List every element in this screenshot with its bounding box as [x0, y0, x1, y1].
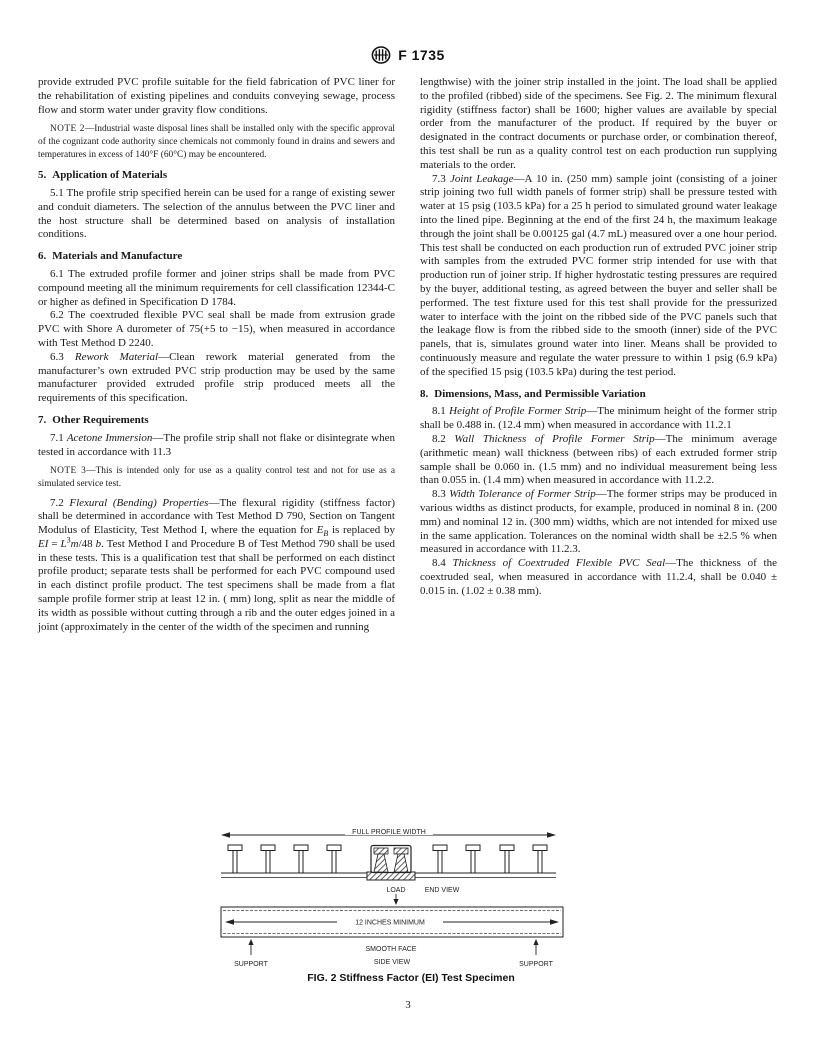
left-column: provide extruded PVC profile suitable fo… — [38, 76, 395, 634]
profile-ribs-right — [433, 845, 547, 873]
support-left-label: SUPPORT — [234, 961, 268, 968]
support-arrow-left — [248, 939, 253, 955]
smooth-face-label: SMOOTH FACE — [366, 946, 417, 953]
end-view-profile — [221, 845, 556, 880]
end-view-label: END VIEW — [425, 887, 460, 894]
paragraph-8-2: 8.2 Wall Thickness of Profile Former Str… — [420, 433, 777, 488]
paragraph-continuation: lengthwise) with the joiner strip instal… — [420, 76, 777, 173]
section-heading-8: 8.Dimensions, Mass, and Permissible Vari… — [420, 388, 777, 402]
paragraph-7-1: 7.1 Acetone Immersion—The profile strip … — [38, 432, 395, 460]
section-heading-6: 6.Materials and Manufacture — [38, 250, 395, 264]
paragraph-continuation: provide extruded PVC profile suitable fo… — [38, 76, 395, 117]
paragraph-7-2: 7.2 Flexural (Bending) Properties—The fl… — [38, 497, 395, 635]
profile-ribs-left — [228, 845, 341, 873]
twelve-inches-label: 12 INCHES MINIMUM — [355, 920, 425, 927]
paragraph-6-3: 6.3 Rework Material—Clean rework materia… — [38, 351, 395, 406]
full-profile-width-dimension: FULL PROFILE WIDTH — [221, 827, 556, 838]
paragraph-5-1: 5.1 The profile strip specified herein c… — [38, 187, 395, 242]
figure-caption: FIG. 2 Stiffness Factor (EI) Test Specim… — [307, 972, 515, 984]
paragraph-7-3: 7.3 Joint Leakage—A 10 in. (250 mm) samp… — [420, 173, 777, 380]
load-arrow — [393, 894, 398, 905]
body-columns: provide extruded PVC profile suitable fo… — [38, 76, 778, 634]
paragraph-8-3: 8.3 Width Tolerance of Former Strip—The … — [420, 488, 777, 557]
right-column: lengthwise) with the joiner strip instal… — [420, 76, 777, 634]
paragraph-8-1: 8.1 Height of Profile Former Strip—The m… — [420, 405, 777, 433]
paragraph-6-2: 6.2 The coextruded flexible PVC seal sha… — [38, 309, 395, 350]
support-arrow-right — [533, 939, 538, 955]
load-label: LOAD — [386, 887, 405, 894]
document-page: F 1735 provide extruded PVC profile suit… — [0, 0, 816, 1056]
astm-logo-icon — [371, 46, 391, 64]
page-number: 3 — [0, 999, 816, 1011]
full-profile-width-label: FULL PROFILE WIDTH — [352, 829, 426, 836]
side-view-label: SIDE VIEW — [374, 959, 411, 966]
paragraph-6-1: 6.1 The extruded profile former and join… — [38, 268, 395, 309]
joiner-strip — [367, 846, 415, 881]
paragraph-8-4: 8.4 Thickness of Coextruded Flexible PVC… — [420, 557, 777, 598]
page-header: F 1735 — [0, 46, 816, 64]
figure-2: FULL PROFILE WIDTH — [0, 815, 816, 984]
section-heading-7: 7.Other Requirements — [38, 414, 395, 428]
stiffness-test-diagram: FULL PROFILE WIDTH — [185, 815, 645, 970]
side-view: 12 INCHES MINIMUM — [221, 907, 563, 937]
section-heading-5: 5.Application of Materials — [38, 169, 395, 183]
support-right-label: SUPPORT — [519, 961, 553, 968]
note-2: NOTE 2—Industrial waste disposal lines s… — [38, 123, 395, 161]
standard-code: F 1735 — [398, 47, 445, 63]
note-3: NOTE 3—This is intended only for use as … — [38, 465, 395, 490]
